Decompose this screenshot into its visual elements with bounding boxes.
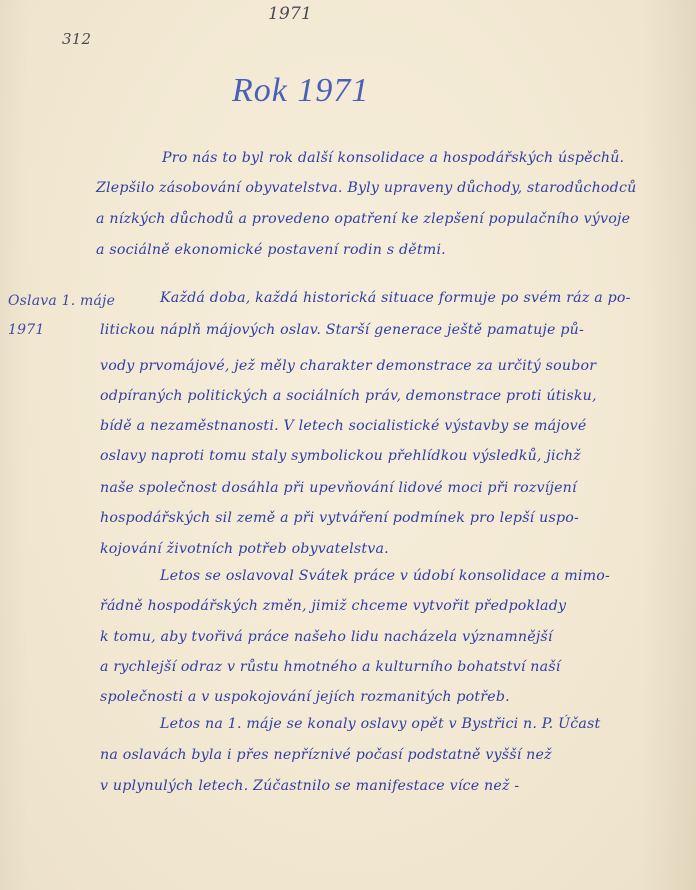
text-line: bídě a nezaměstnanosti. V letech sociali… — [100, 418, 586, 434]
text-line: a nízkých důchodů a provedeno opatření k… — [96, 211, 630, 227]
text-line: Letos na 1. máje se konaly oslavy opět v… — [160, 716, 600, 732]
text-line: oslavy naproti tomu staly symbolickou př… — [100, 448, 581, 464]
text-line: Každá doba, každá historická situace for… — [160, 290, 631, 306]
text-line: v uplynulých letech. Zúčastnilo se manif… — [100, 778, 519, 794]
margin-note-title: Oslava 1. máje — [8, 293, 115, 309]
text-line: naše společnost dosáhla při upevňování l… — [100, 480, 577, 496]
text-line: kojování životních potřeb obyvatelstva. — [100, 541, 389, 557]
text-line: vody prvomájové, jež měly charakter demo… — [100, 358, 596, 374]
text-line: litickou náplň májových oslav. Starší ge… — [100, 322, 584, 338]
text-line: a sociálně ekonomické postavení rodin s … — [96, 242, 446, 258]
text-line: řádně hospodářských změn, jimiž chceme v… — [100, 598, 566, 614]
text-line: hospodářských sil země a při vytváření p… — [100, 510, 579, 526]
text-line: na oslavách byla i přes nepříznivé počas… — [100, 747, 552, 763]
chronicle-page: 1971 312 Rok 1971 Oslava 1. máje 1971 Pr… — [0, 0, 696, 890]
page-number: 312 — [62, 30, 91, 48]
margin-note-year: 1971 — [8, 322, 44, 338]
top-year: 1971 — [268, 4, 312, 24]
page-title: Rok 1971 — [232, 72, 369, 110]
text-line: Zlepšilo zásobování obyvatelstva. Byly u… — [96, 180, 636, 196]
text-line: Pro nás to byl rok další konsolidace a h… — [162, 150, 624, 166]
text-line: odpíraných politických a sociálních práv… — [100, 388, 597, 404]
text-line: Letos se oslavoval Svátek práce v údobí … — [160, 568, 610, 584]
text-line: k tomu, aby tvořivá práce našeho lidu na… — [100, 629, 553, 645]
text-line: společnosti a v uspokojování jejích rozm… — [100, 689, 510, 705]
text-line: a rychlejší odraz v růstu hmotného a kul… — [100, 659, 561, 675]
